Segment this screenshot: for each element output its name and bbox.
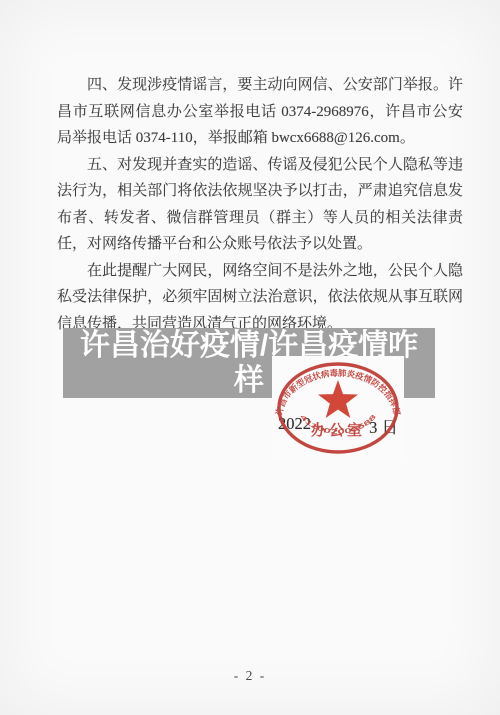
paragraph-legal-consequences: 五、对发现并查实的造谣、传谣及侵犯公民个人隐私等违法行为，相关部门将依法依规坚决… <box>57 152 463 258</box>
paragraph-netizen-reminder: 在此提醒广大网民，网络空间不是法外之地，公民个人隐私受法律保护，必须牢固树立法治… <box>57 258 463 338</box>
page-number: - 2 - <box>0 668 500 684</box>
paragraph-report-channels: 四、发现涉疫情谣言，要主动向网信、公安部门举报。许昌市互联网信息办公室举报电话 … <box>57 72 463 152</box>
red-star-icon <box>318 380 358 418</box>
official-seal-stamp: 许昌市新型冠状病毒肺炎疫情防控指挥部 办公室 411002003688 <box>272 356 404 458</box>
document-body: 四、发现涉疫情谣言，要主动向网信、公安部门举报。许昌市互联网信息办公室举报电话 … <box>57 72 463 337</box>
document-page: 四、发现涉疫情谣言，要主动向网信、公安部门举报。许昌市互联网信息办公室举报电话 … <box>0 0 500 715</box>
seal-area: 2022 3 日 许昌市新型冠状病毒肺炎疫情防控指挥部 办公室 41100200… <box>272 356 404 458</box>
